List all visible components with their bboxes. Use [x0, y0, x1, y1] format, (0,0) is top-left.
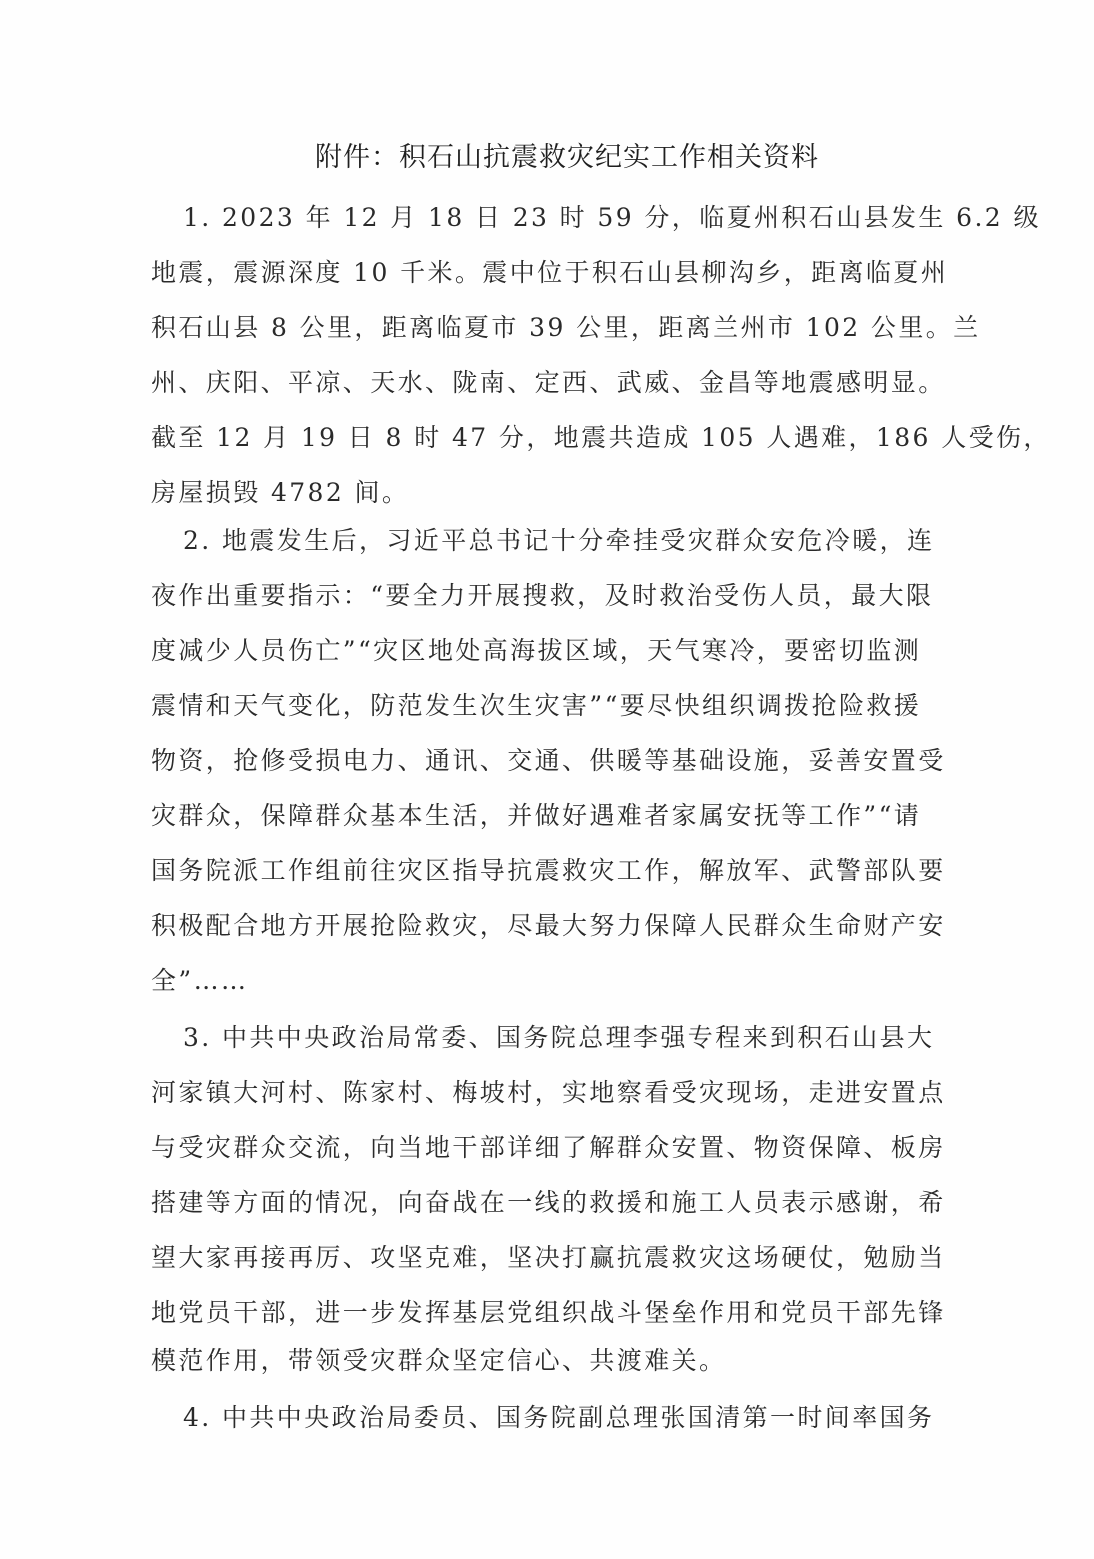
paragraph-line: 与受灾群众交流，向当地干部详细了解群众安置、物资保障、板房 — [151, 1128, 951, 1168]
paragraph-line: 度减少人员伤亡”“灾区地处高海拔区域，天气寒冷，要密切监测 — [151, 631, 951, 671]
document-page: 附件：积石山抗震救灾纪实工作相关资料 1. 2023 年 12 月 18 日 2… — [0, 0, 1094, 1559]
paragraph-line: 房屋损毁 4782 间。 — [151, 473, 951, 513]
paragraph-line: 4. 中共中央政治局委员、国务院副总理张国清第一时间率国务 — [183, 1398, 983, 1438]
paragraph-line: 州、庆阳、平凉、天水、陇南、定西、武威、金昌等地震感明显。 — [151, 363, 951, 403]
paragraph-line: 搭建等方面的情况，向奋战在一线的救援和施工人员表示感谢，希 — [151, 1183, 951, 1223]
paragraph-line: 河家镇大河村、陈家村、梅坡村，实地察看受灾现场，走进安置点 — [151, 1073, 951, 1113]
paragraph-line: 震情和天气变化，防范发生次生灾害”“要尽快组织调拨抢险救援 — [151, 686, 951, 726]
paragraph-line: 国务院派工作组前往灾区指导抗震救灾工作，解放军、武警部队要 — [151, 851, 951, 891]
paragraph-line: 积极配合地方开展抢险救灾，尽最大努力保障人民群众生命财产安 — [151, 906, 951, 946]
paragraph-line: 地党员干部，进一步发挥基层党组织战斗堡垒作用和党员干部先锋 — [151, 1293, 951, 1333]
paragraph-line: 全”…… — [151, 961, 951, 1001]
paragraph-line: 1. 2023 年 12 月 18 日 23 时 59 分，临夏州积石山县发生 … — [183, 198, 983, 238]
paragraph-line: 积石山县 8 公里，距离临夏市 39 公里，距离兰州市 102 公里。兰 — [151, 308, 951, 348]
paragraph-line: 物资，抢修受损电力、通讯、交通、供暖等基础设施，妥善安置受 — [151, 741, 951, 781]
document-title: 附件：积石山抗震救灾纪实工作相关资料 — [0, 138, 1094, 178]
paragraph-line: 望大家再接再厉、攻坚克难，坚决打赢抗震救灾这场硬仗，勉励当 — [151, 1238, 951, 1278]
paragraph-line: 灾群众，保障群众基本生活，并做好遇难者家属安抚等工作”“请 — [151, 796, 951, 836]
paragraph-line: 地震，震源深度 10 千米。震中位于积石山县柳沟乡，距离临夏州 — [151, 253, 951, 293]
paragraph-line: 3. 中共中央政治局常委、国务院总理李强专程来到积石山县大 — [183, 1018, 983, 1058]
paragraph-line: 模范作用，带领受灾群众坚定信心、共渡难关。 — [151, 1341, 951, 1381]
paragraph-line: 截至 12 月 19 日 8 时 47 分，地震共造成 105 人遇难，186 … — [151, 418, 951, 458]
paragraph-line: 夜作出重要指示：“要全力开展搜救，及时救治受伤人员，最大限 — [151, 576, 951, 616]
paragraph-line: 2. 地震发生后，习近平总书记十分牵挂受灾群众安危冷暖，连 — [183, 521, 983, 561]
